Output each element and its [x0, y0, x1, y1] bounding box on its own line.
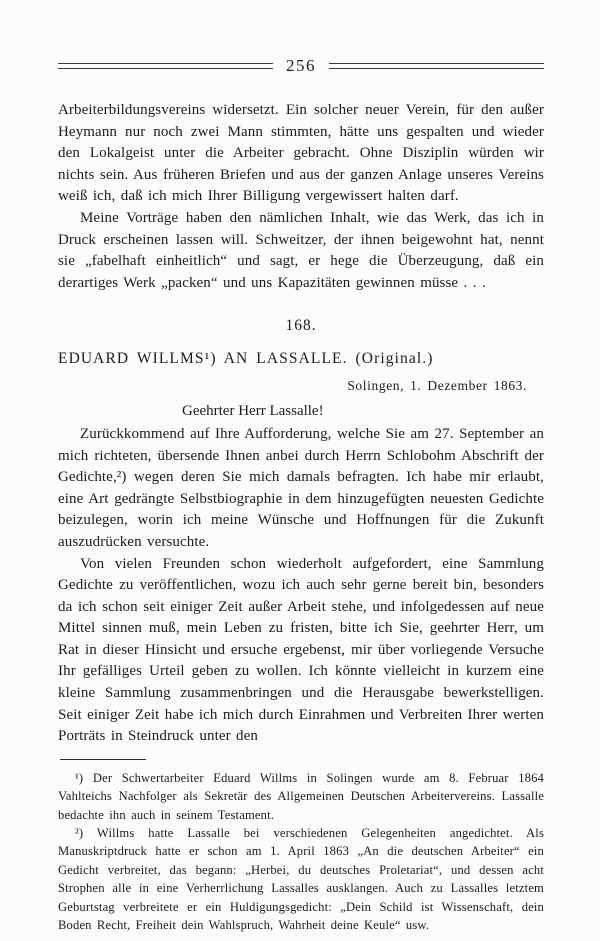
- footnote-separator: [60, 759, 146, 760]
- header-rule-left: [58, 63, 273, 69]
- footnote-1: ¹) Der Schwertarbeiter Eduard Willms in …: [58, 769, 544, 824]
- letter-heading: EDUARD WILLMS¹) AN LASSALLE. (Original.): [58, 350, 544, 368]
- footnote-2: ²) Willms hatte Lassalle bei verschieden…: [58, 824, 544, 934]
- salutation: Geehrter Herr Lassalle!: [58, 401, 544, 423]
- page-header: 256: [58, 57, 544, 74]
- page-number: 256: [284, 57, 318, 74]
- paragraph-4: Von vielen Freunden schon wiederholt auf…: [58, 554, 544, 748]
- section-number: 168.: [58, 317, 544, 335]
- book-page: 256 Arbeiterbildungsvereins widersetzt. …: [0, 0, 600, 941]
- dateline: Solingen, 1. Dezember 1863.: [58, 378, 544, 394]
- header-rule-right: [329, 63, 544, 69]
- paragraph-3: Zurückkommend auf Ihre Aufforderung, wel…: [58, 424, 544, 554]
- paragraph-2: Meine Vorträge haben den nämlichen Inhal…: [58, 208, 544, 294]
- paragraph-continuation: Arbeiterbildungsvereins widersetzt. Ein …: [58, 100, 544, 208]
